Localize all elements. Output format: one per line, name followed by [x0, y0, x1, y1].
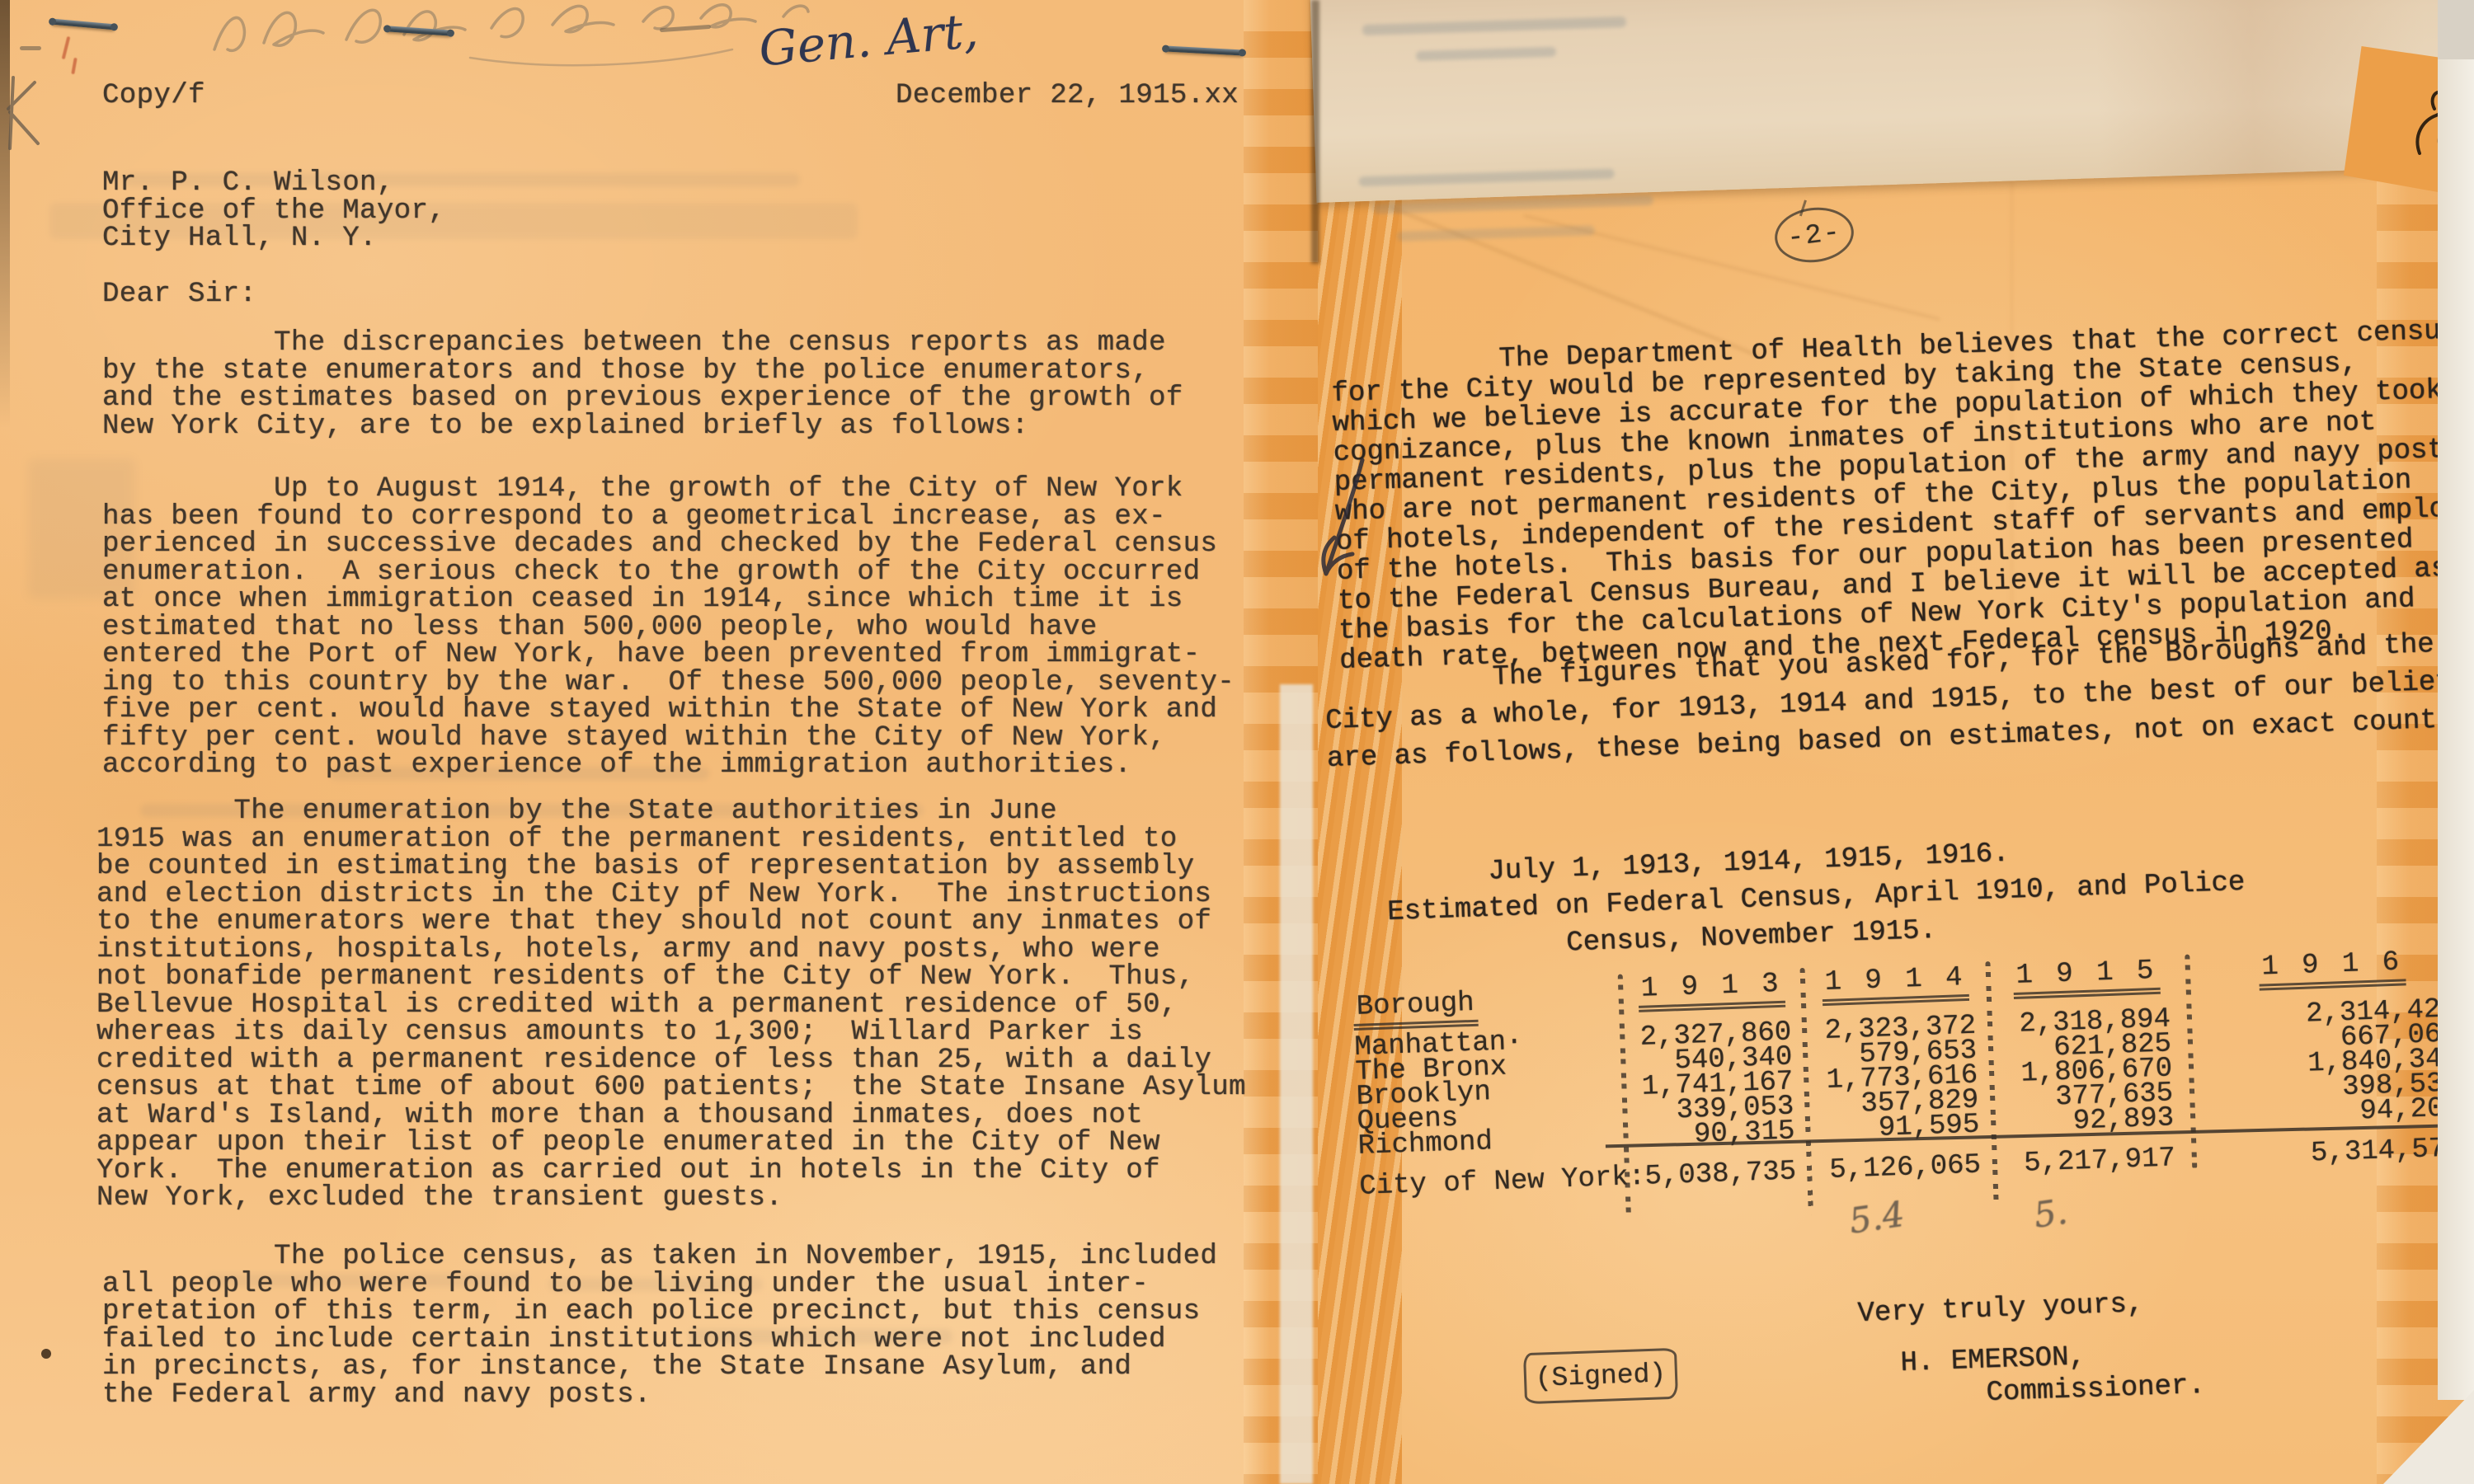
paragraph-5: The Department of Health believes that t…	[1330, 315, 2474, 676]
table-total-cell: 5,126,065	[1823, 1153, 1982, 1187]
scan-edge-sliver	[2438, 48, 2474, 1400]
paragraph-2: Up to August 1914, the growth of the Cit…	[102, 476, 1235, 780]
scanned-letter-december-1915: { "page1": { "copy_label": "Copy/f", "da…	[0, 0, 2474, 1484]
scan-background-corner	[2438, 0, 2474, 59]
pencil-k-mark	[2, 73, 51, 155]
date-line: December 22, 1915.xx	[896, 82, 1239, 110]
copy-label: Copy/f	[102, 82, 205, 110]
letter-page-1: Copy/f December 22, 1915.xx Mr. P. C. Wi…	[0, 0, 1319, 1484]
page1-left-edge-shadow	[0, 0, 10, 429]
census-table: Borough 1 9 1 3 1 9 1 4 1 9 1 5 1 9 1 6 …	[1352, 948, 2471, 1259]
pencil-dash	[20, 46, 41, 50]
table-total-label: City of New York:	[1359, 1166, 1616, 1203]
red-pencil-mark	[62, 36, 71, 59]
table-total-cell: 5,217,917	[2010, 1146, 2175, 1180]
salutation: Dear Sir:	[102, 281, 256, 309]
paragraph-3: The enumeration by the State authorities…	[96, 798, 1246, 1213]
table-header-1914: 1 9 1 4	[1816, 965, 1975, 996]
staple-icon	[51, 19, 115, 31]
table-header-1915: 1 9 1 5	[2004, 958, 2170, 989]
table-header-borough: Borough	[1352, 986, 1610, 1044]
page-seam-shadow	[1311, 0, 1319, 264]
pencil-scrawl	[198, 0, 841, 82]
recipient-address: Mr. P. C. Wilson, Office of the Mayor, C…	[102, 170, 445, 253]
table-column-separator	[1800, 968, 1813, 1215]
red-pencil-mark	[71, 58, 77, 74]
signed-stamp-label: (Signed)	[1535, 1359, 1667, 1394]
table-column-separator	[2185, 955, 2197, 1169]
table-total-cell: 5,038,735	[1639, 1159, 1797, 1193]
paragraph-1: The discrepancies between the census rep…	[102, 330, 1183, 440]
page-number: -2-	[1785, 217, 1842, 254]
table-total-cell: 5,314,574	[2214, 1136, 2462, 1172]
signatory-name: H. EMERSON,	[1900, 1342, 2086, 1378]
table-header-1913: 1 9 1 3	[1633, 972, 1790, 1003]
bleed-through-line	[1416, 47, 1556, 61]
staple-icon	[1164, 45, 1244, 55]
bleed-through-line	[1359, 169, 1615, 187]
signed-stamp: (Signed)	[1523, 1348, 1678, 1404]
paragraph-4: The police census, as taken in November,…	[102, 1243, 1217, 1409]
table-column-separator	[1985, 961, 1998, 1209]
table-row-label: Richmond	[1357, 1125, 1614, 1159]
check-mark-icon	[1311, 452, 1374, 600]
bleed-through-line	[1362, 16, 1626, 35]
ink-blots	[0, 1311, 264, 1468]
page-seam-gap	[1280, 684, 1313, 1484]
